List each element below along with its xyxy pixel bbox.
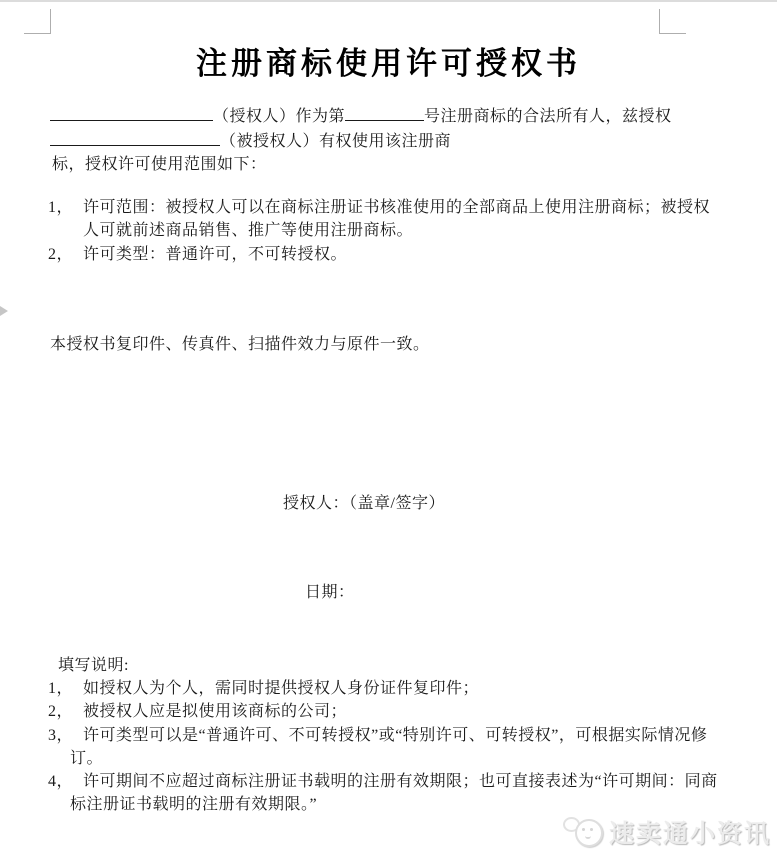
publisher-watermark: 速卖通小资讯 — [563, 814, 771, 850]
intro-line-3: 标，授权许可使用范围如下： — [50, 153, 690, 176]
term-item-scope: 1，许可范围：被授权人可以在商标注册证书核准使用的全部商品上使用注册商标；被授权… — [83, 196, 718, 243]
licensor-blank-field[interactable] — [50, 103, 213, 121]
intro-line1-post-text: 号注册商标的合法所有人，兹授权 — [424, 108, 672, 125]
fill-in-notes-list: 1，如授权人为个人，需同时提供授权人身份证件复印件； 2，被授权人应是拟使用该商… — [0, 677, 718, 817]
note-number: 3， — [48, 724, 83, 747]
intro-line-1: （授权人）作为第号注册商标的合法所有人，兹授权 — [50, 103, 690, 128]
left-edge-cursor-mark — [0, 306, 8, 316]
note-item: 1，如授权人为个人，需同时提供授权人身份证件复印件； — [70, 677, 718, 700]
note-text: 被授权人应是拟使用该商标的公司； — [83, 703, 347, 720]
validity-statement: 本授权书复印件、传真件、扫描件效力与原件一致。 — [50, 333, 710, 356]
trademark-number-blank-field[interactable] — [345, 103, 424, 121]
watermark-text: 速卖通小资讯 — [609, 814, 771, 850]
intro-line2-text: （被授权人）有权使用该注册商 — [220, 133, 451, 150]
signature-label: 授权人：（盖章/签字） — [283, 492, 445, 515]
term-text: 许可类型：普通许可，不可转授权。 — [83, 246, 347, 263]
intro-line-2: （被授权人）有权使用该注册商 — [50, 128, 690, 153]
term-item-type: 2，许可类型：普通许可，不可转授权。 — [83, 243, 718, 266]
margin-mark-top-right — [659, 9, 686, 34]
license-terms-list: 1，许可范围：被授权人可以在商标注册证书核准使用的全部商品上使用注册商标；被授权… — [0, 196, 718, 266]
document-title: 注册商标使用许可授权书 — [0, 38, 777, 83]
margin-mark-top-left — [24, 9, 51, 34]
note-number: 2， — [48, 700, 83, 723]
intro-line1-pre-text: （授权人）作为第 — [213, 108, 345, 125]
note-item: 2，被授权人应是拟使用该商标的公司； — [70, 700, 718, 723]
note-number: 1， — [48, 677, 83, 700]
note-item: 3，许可类型可以是“普通许可、不可转授权”或“特别许可、可转授权”，可根据实际情… — [70, 724, 718, 771]
licensee-blank-field[interactable] — [50, 128, 220, 146]
date-label: 日期： — [305, 581, 355, 604]
term-text: 许可范围：被授权人可以在商标注册证书核准使用的全部商品上使用注册商标；被授权人可… — [83, 199, 710, 239]
note-text: 许可类型可以是“普通许可、不可转授权”或“特别许可、可转授权”，可根据实际情况修… — [70, 727, 707, 767]
mascot-icon — [563, 815, 603, 849]
note-item: 4，许可期间不应超过商标注册证书载明的注册有效期限；也可直接表述为“许可期间：同… — [70, 770, 718, 817]
page-top-border — [0, 0, 777, 2]
document-page: 注册商标使用许可授权书 （授权人）作为第号注册商标的合法所有人，兹授权 （被授权… — [0, 0, 777, 862]
note-text: 许可期间不应超过商标注册证书载明的注册有效期限；也可直接表述为“许可期间：同商标… — [70, 773, 718, 813]
intro-paragraph: （授权人）作为第号注册商标的合法所有人，兹授权 （被授权人）有权使用该注册商 标… — [50, 103, 690, 176]
note-text: 如授权人为个人，需同时提供授权人身份证件复印件； — [83, 680, 479, 697]
term-number: 2， — [48, 243, 83, 266]
note-number: 4， — [48, 770, 83, 793]
term-number: 1， — [48, 196, 83, 219]
notes-section-title: 填写说明: — [58, 654, 129, 677]
